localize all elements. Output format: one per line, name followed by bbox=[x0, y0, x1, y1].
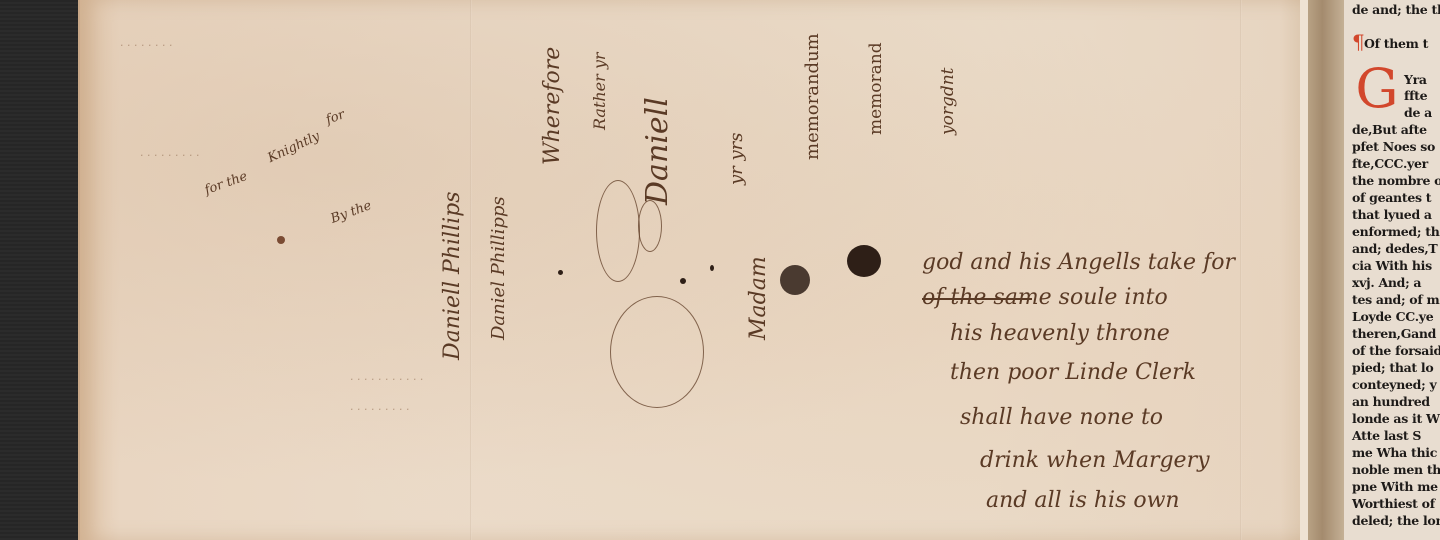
inscription-memorandum: memorandum bbox=[802, 33, 823, 160]
ink-spot bbox=[558, 270, 563, 275]
print-line: Worthiest of bbox=[1352, 496, 1435, 511]
printed-book-page: de and; the th ¶ Of them t G Yra ffte de… bbox=[1344, 0, 1440, 540]
ink-spot bbox=[277, 236, 285, 244]
print-line: fte,CCC.yer bbox=[1352, 156, 1428, 171]
print-line: de and; the th bbox=[1352, 2, 1440, 17]
scribble: for the bbox=[203, 169, 250, 198]
print-line: deled; the lon bbox=[1352, 513, 1440, 528]
print-line: ffte bbox=[1404, 88, 1427, 103]
strike-through bbox=[922, 298, 1032, 300]
inscription-yorgdnt: yorgdnt bbox=[938, 67, 958, 135]
print-line: of geantes t bbox=[1352, 190, 1431, 205]
print-line: tes and; of m bbox=[1352, 292, 1439, 307]
cloth-backing bbox=[0, 0, 80, 540]
faint-text: . . . . . . . . bbox=[120, 36, 172, 49]
verse-line: god and his Angells take for bbox=[922, 250, 1235, 275]
fold-line bbox=[470, 0, 472, 540]
print-line: pne With me bbox=[1352, 479, 1438, 494]
print-line: pied; that lo bbox=[1352, 360, 1433, 375]
print-line: Loyde CC.ye bbox=[1352, 309, 1433, 324]
ink-blot bbox=[780, 265, 810, 295]
print-line: Yra bbox=[1404, 72, 1427, 87]
print-line: me Wha thic bbox=[1352, 445, 1437, 460]
print-line: de a bbox=[1404, 105, 1432, 120]
flourish-loop bbox=[596, 180, 640, 282]
verse-line: his heavenly throne bbox=[950, 321, 1170, 346]
inscription-yr: yr yrs bbox=[726, 132, 747, 185]
inscription-rather: Rather yr bbox=[590, 52, 609, 130]
ink-spot bbox=[680, 278, 686, 284]
faint-text: . . . . . . . . . bbox=[350, 400, 409, 413]
book-gutter bbox=[1308, 0, 1344, 540]
rubric-pilcrow: ¶ bbox=[1352, 30, 1365, 54]
verse-line: and all is his own bbox=[986, 488, 1180, 513]
manuscript-leaf: . . . . . . . . . . . . . . . . . for th… bbox=[78, 0, 1310, 540]
inscription-memorand: memorand bbox=[866, 42, 886, 135]
ink-blot bbox=[847, 245, 881, 277]
flourish-loop bbox=[638, 200, 662, 252]
flourish-s bbox=[610, 296, 704, 408]
print-line: de,But afte bbox=[1352, 122, 1427, 137]
verse-line: shall have none to bbox=[960, 405, 1163, 430]
rubric-initial-g: G bbox=[1346, 58, 1408, 120]
verse-line: then poor Linde Clerk bbox=[950, 360, 1196, 385]
print-line: an hundred bbox=[1352, 394, 1430, 409]
print-line: enformed; th bbox=[1352, 224, 1440, 239]
print-line: of the forsaid bbox=[1352, 343, 1440, 358]
signature-daniell-phillips: Daniell Phillips bbox=[440, 191, 465, 360]
print-line: theren,Gand bbox=[1352, 326, 1436, 341]
fold-line bbox=[1240, 0, 1242, 540]
print-line: londe as it W bbox=[1352, 411, 1440, 426]
print-line: the nombre o bbox=[1352, 173, 1440, 188]
print-line: Atte last S bbox=[1352, 428, 1421, 443]
print-line: pfet Noes so bbox=[1352, 139, 1435, 154]
chapter-heading: Of them t bbox=[1364, 36, 1428, 51]
signature-daniel-phillipps: Daniel Phillipps bbox=[488, 196, 509, 340]
print-line: and; dedes,T bbox=[1352, 241, 1437, 256]
print-line: that lyued a bbox=[1352, 207, 1432, 222]
verse-line: drink when Margery bbox=[980, 448, 1210, 473]
scribble: for bbox=[324, 107, 347, 128]
inscription-daniell: Daniell bbox=[640, 97, 675, 205]
print-line: cia With his bbox=[1352, 258, 1432, 273]
print-line: noble men th bbox=[1352, 462, 1440, 477]
print-line: xvj. And; a bbox=[1352, 275, 1421, 290]
faint-text: . . . . . . . . . bbox=[140, 146, 199, 159]
flourish-madam: Madam bbox=[746, 256, 771, 340]
inscription-wherefore: Wherefore bbox=[540, 47, 565, 165]
print-line: conteyned; y bbox=[1352, 377, 1436, 392]
ink-spot bbox=[710, 265, 714, 271]
scribble: Knightly bbox=[265, 129, 322, 166]
scribble: By the bbox=[329, 198, 374, 227]
faint-text: . . . . . . . . . . . bbox=[350, 370, 423, 383]
